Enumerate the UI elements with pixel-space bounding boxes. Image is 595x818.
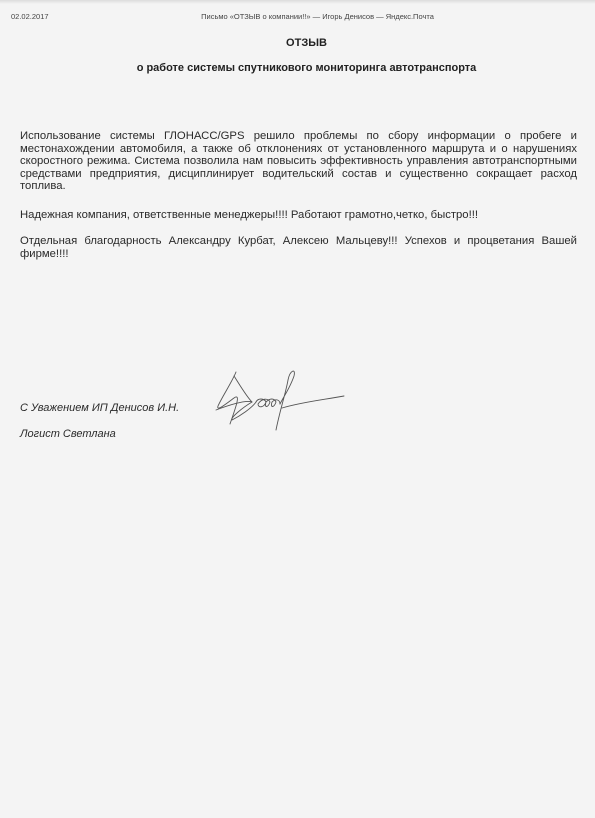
print-header: 02.02.2017 Письмо «ОТЗЫВ о компании!!» —… xyxy=(0,12,595,26)
print-page-title: Письмо «ОТЗЫВ о компании!!» — Игорь Дени… xyxy=(0,12,595,21)
paragraph-system-benefits: Использование системы ГЛОНАСС/GPS решило… xyxy=(20,130,577,193)
document-title: ОТЗЫВ xyxy=(0,37,595,49)
closing-author: Логист Светлана xyxy=(20,428,116,440)
paragraph-company-praise: Надежная компания, ответственные менедже… xyxy=(20,209,577,222)
signature-icon xyxy=(212,362,352,442)
closing-regards: С Уважением ИП Денисов И.Н. xyxy=(20,402,179,414)
scan-edge xyxy=(0,0,595,4)
paragraph-gratitude: Отдельная благодарность Александру Курба… xyxy=(20,235,577,260)
document-subtitle: о работе системы спутникового мониторинг… xyxy=(0,62,595,74)
